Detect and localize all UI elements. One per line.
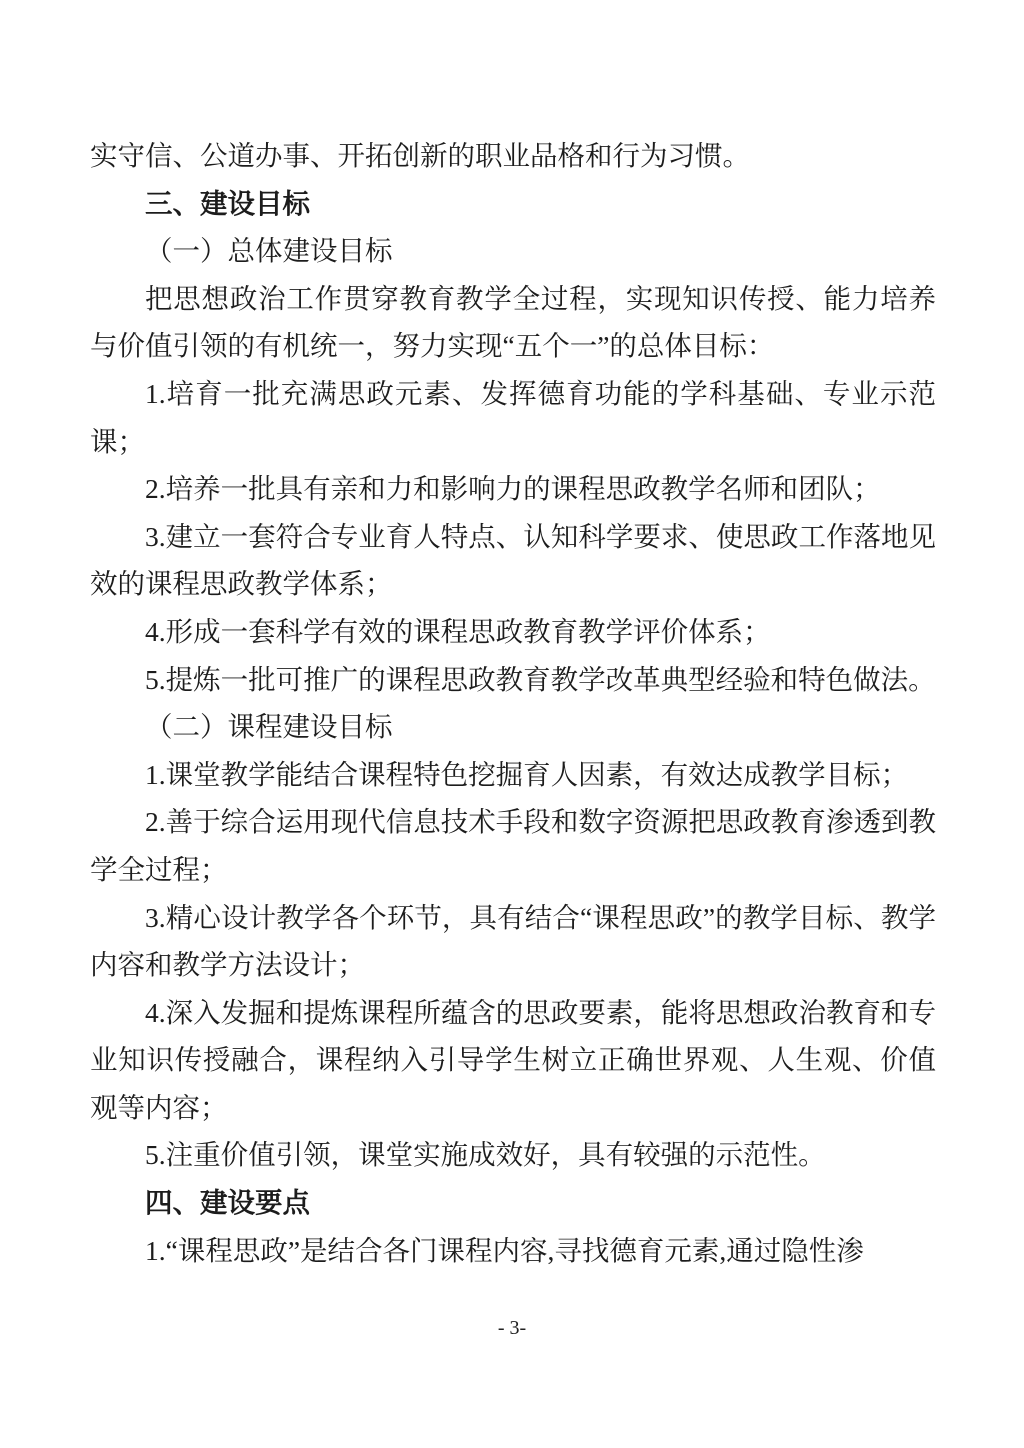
section-heading: 四、建设要点 (90, 1179, 936, 1227)
page-footer: - 3- (0, 1314, 1024, 1342)
section-heading: 三、建设目标 (90, 180, 936, 228)
paragraph: 3.建立一套符合专业育人特点、认知科学要求、使思政工作落地见效的课程思政教学体系… (90, 513, 936, 608)
paragraph: 2.培养一批具有亲和力和影响力的课程思政教学名师和团队； (90, 465, 936, 513)
paragraph: 2.善于综合运用现代信息技术手段和数字资源把思政教育渗透到教学全过程； (90, 798, 936, 893)
subsection-heading: （二）课程建设目标 (90, 703, 936, 751)
paragraph: 实守信、公道办事、开拓创新的职业品格和行为习惯。 (90, 132, 936, 180)
paragraph: 5.注重价值引领，课堂实施成效好，具有较强的示范性。 (90, 1131, 936, 1179)
paragraph: 4.形成一套科学有效的课程思政教育教学评价体系； (90, 608, 936, 656)
paragraph: 3.精心设计教学各个环节，具有结合“课程思政”的教学目标、教学内容和教学方法设计… (90, 894, 936, 989)
subsection-heading: （一）总体建设目标 (90, 227, 936, 275)
paragraph: 1.培育一批充满思政元素、发挥德育功能的学科基础、专业示范课； (90, 370, 936, 465)
paragraph: 5.提炼一批可推广的课程思政教育教学改革典型经验和特色做法。 (90, 656, 936, 704)
paragraph: 4.深入发掘和提炼课程所蕴含的思政要素，能将思想政治教育和专业知识传授融合，课程… (90, 989, 936, 1132)
page-number: - 3- (498, 1317, 526, 1339)
paragraph: 1.“课程思政”是结合各门课程内容,寻找德育元素,通过隐性渗 (90, 1227, 936, 1275)
paragraph: 1.课堂教学能结合课程特色挖掘育人因素，有效达成教学目标； (90, 751, 936, 799)
paragraph: 把思想政治工作贯穿教育教学全过程，实现知识传授、能力培养与价值引领的有机统一，努… (90, 275, 936, 370)
document-page: 实守信、公道办事、开拓创新的职业品格和行为习惯。三、建设目标（一）总体建设目标把… (90, 132, 936, 1274)
